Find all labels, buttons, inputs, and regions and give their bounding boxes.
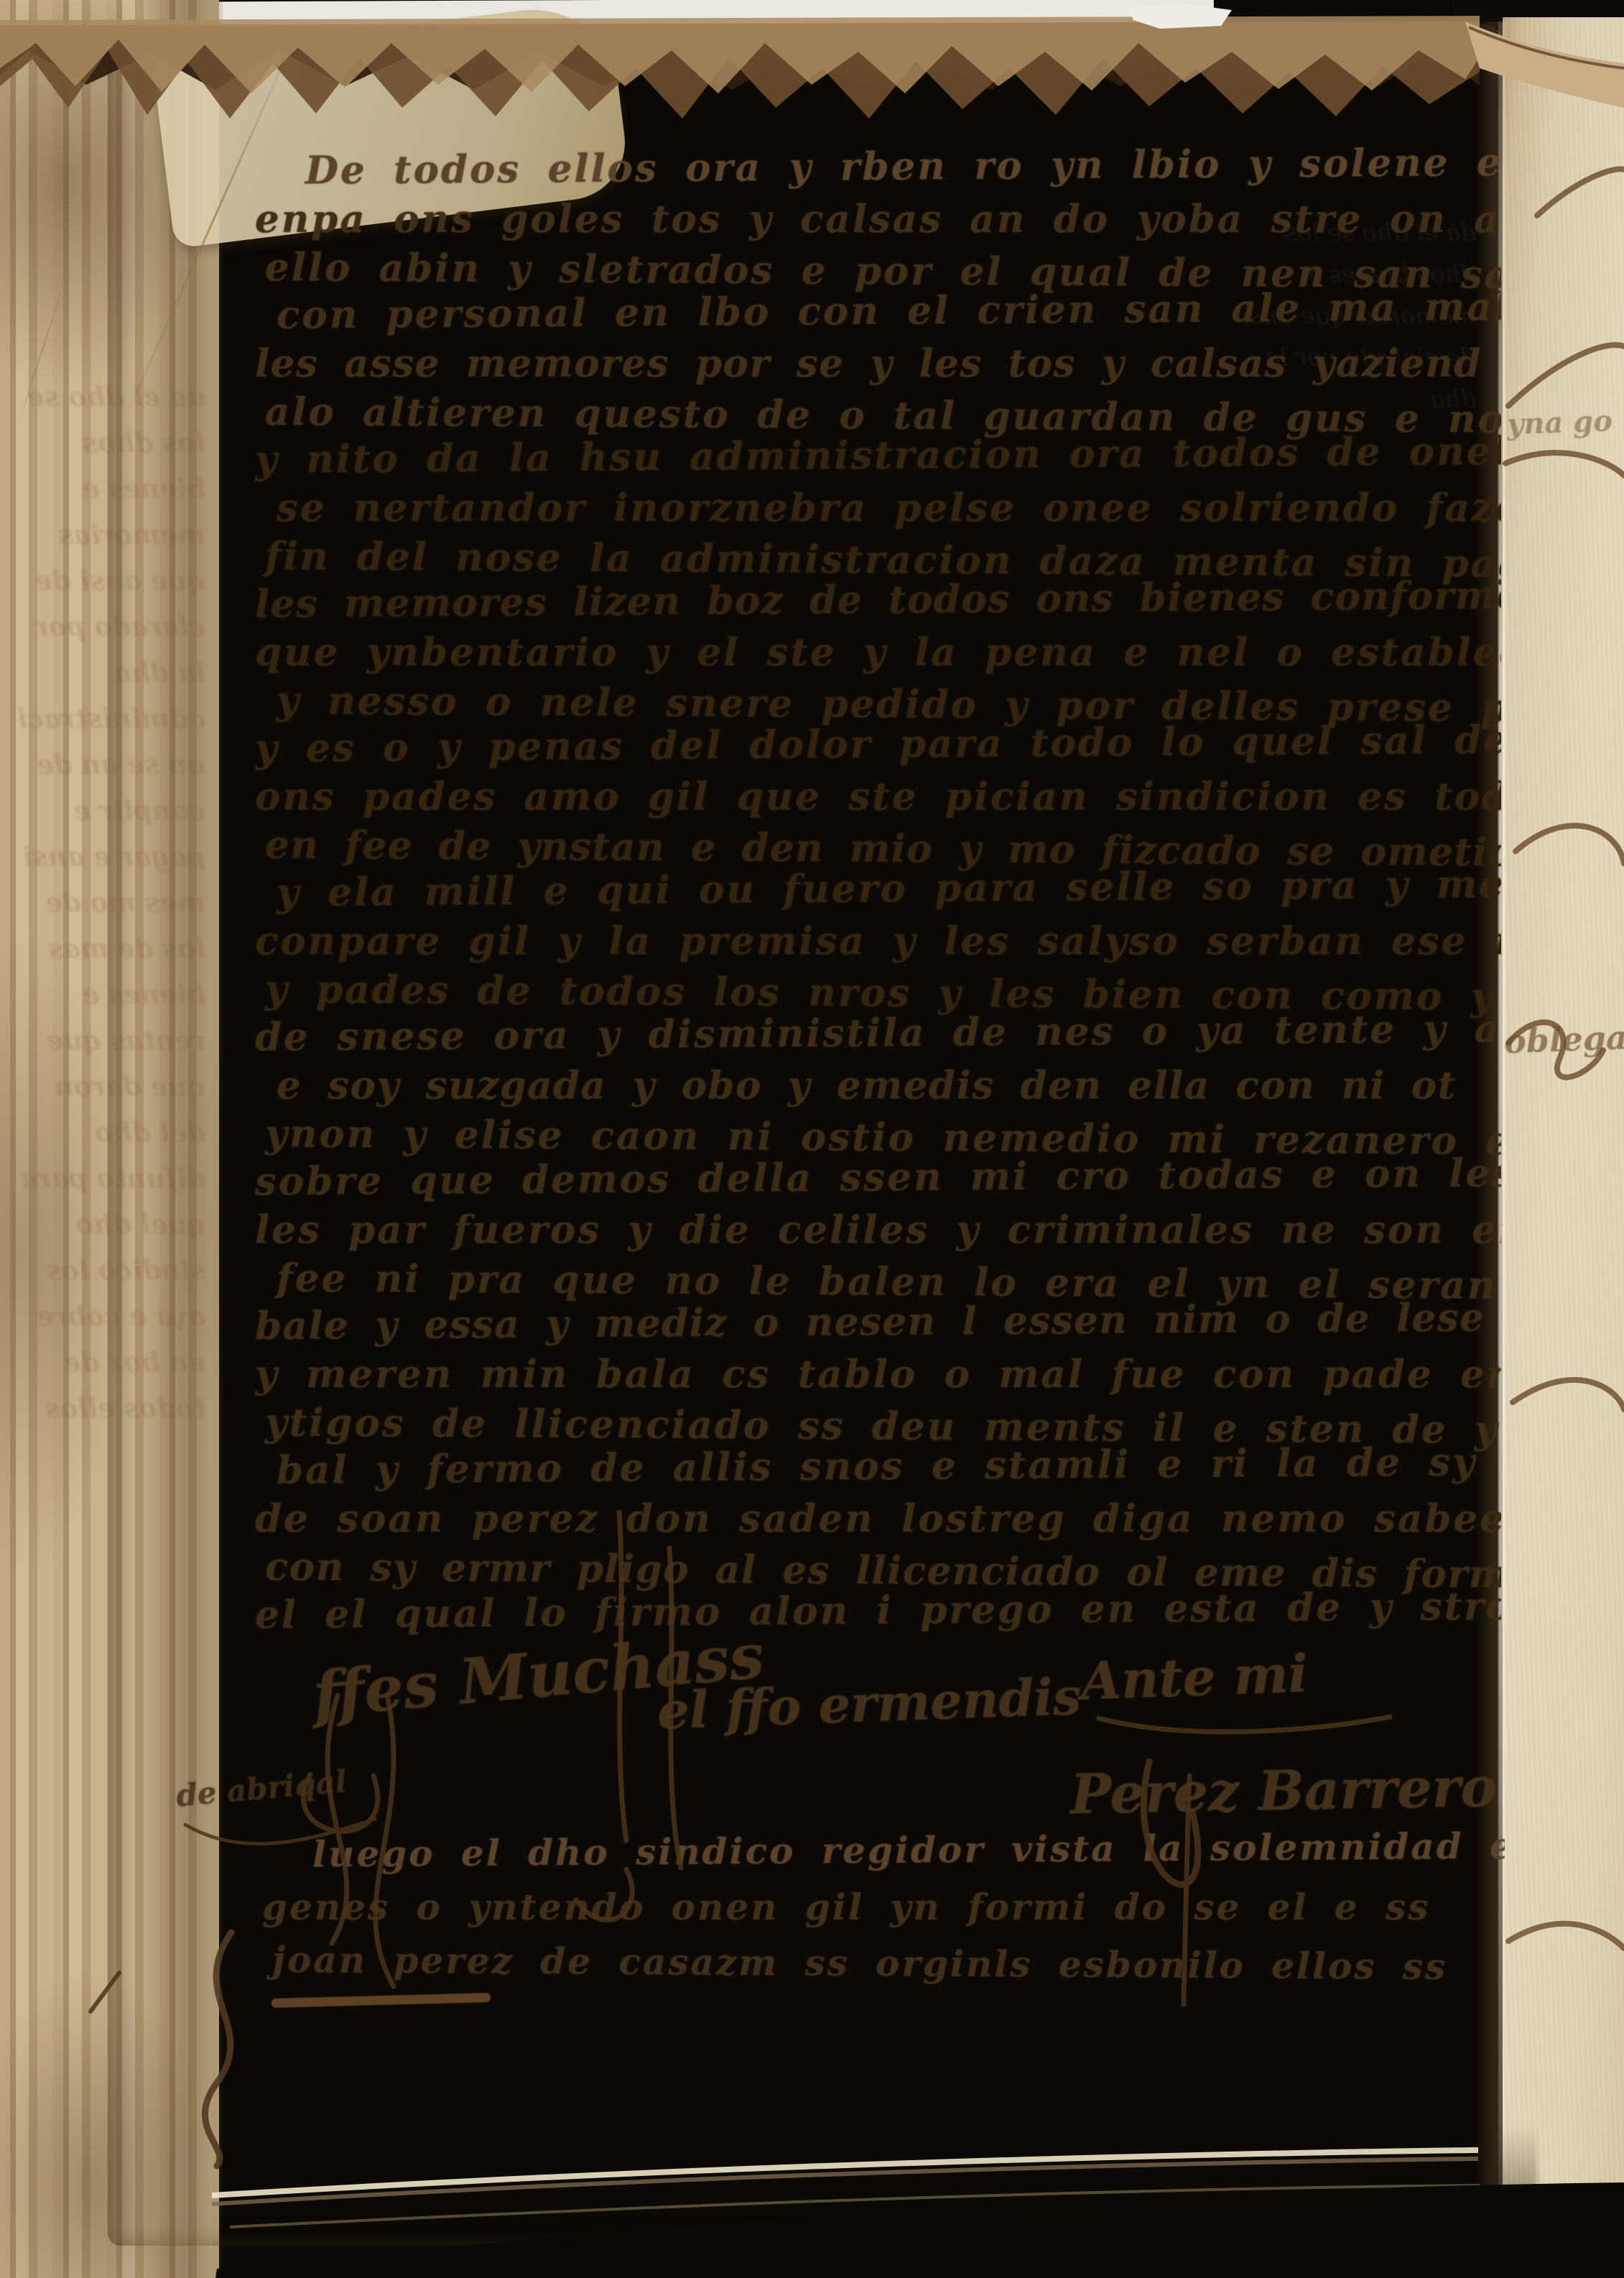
adjacent-page-flourishes — [1505, 169, 1624, 1948]
page-edge-and-flourish-decoration — [0, 0, 1624, 2278]
rubric-flourish — [205, 1932, 231, 2166]
torn-top-edge — [0, 3, 1624, 119]
manuscript-photo: da el dho se los dhos bienes e memorias … — [0, 0, 1624, 2278]
signature-flourishes — [91, 1512, 1390, 2011]
